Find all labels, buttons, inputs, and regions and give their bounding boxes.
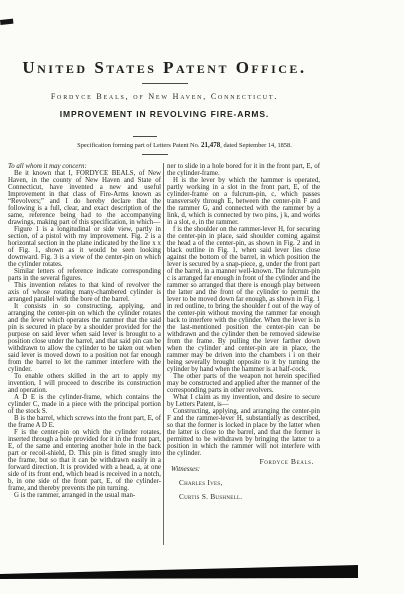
masthead-divider-rule [142,83,188,84]
patent-document-page: United States Patent Office. Fordyce Bea… [0,0,404,594]
paragraph: G is the rammer, arranged in the usual m… [8,492,161,499]
column-divider-rule [163,163,164,545]
spec-divider-rule-bottom [142,154,168,155]
paragraph: H is the lever by which the hammer is op… [167,177,320,226]
scan-artifact-corner-mark [0,19,13,25]
paragraph: B is the barrel, which screws into the f… [8,415,161,429]
inventor-byline: Fordyce Beals, of New Haven, Connecticut… [8,92,321,101]
paragraph: This invention relates to that kind of r… [8,282,161,303]
paragraph: To enable others skilled in the art to a… [8,373,161,394]
patent-number: 21,478 [201,141,220,149]
paragraph: A D E is the cylinder-frame, which conta… [8,394,161,415]
paragraph: Be it known that I, FORDYCE BEALS, of Ne… [8,170,161,226]
spec-divider-rule-top [133,136,157,137]
witness-name: Charles Ives, [167,480,320,487]
witness-names: Charles Ives,Curtis S. Bushnell. [167,480,320,501]
witness-name: Curtis S. Bushnell. [167,494,320,501]
paragraph: What I claim as my invention, and desire… [167,394,320,408]
spec-suffix: , dated September 14, 1858. [220,142,292,149]
invention-title: IMPROVEMENT IN REVOLVING FIRE-ARMS. [8,109,321,119]
right-column: ner to slide in a hole bored for it in t… [167,163,320,509]
page-title: United States Patent Office. [8,58,321,78]
paragraph: F is the center-pin on which the cylinde… [8,429,161,492]
paragraph: The other parts of the weapon not herein… [167,373,320,394]
paragraph: ner to slide in a hole bored for it in t… [167,163,320,177]
inventor-signature: Fordyce Beals. [167,458,320,466]
spec-prefix: Specification forming part of Letters Pa… [77,142,201,149]
paragraph: Constructing, applying, and arranging th… [167,408,320,457]
paragraph: Figure 1 is a longitudinal or side view,… [8,226,161,268]
left-column: To all whom it may concern:Be it known t… [8,163,161,499]
masthead: United States Patent Office. Fordyce Bea… [8,58,321,119]
paragraph: f is the shoulder on the rammer-lever H,… [167,226,320,373]
paragraph: To all whom it may concern: [8,163,161,170]
scan-artifact-bottom-bar [0,560,364,584]
paragraph: Similar letters of reference indicate co… [8,268,161,282]
specification-line: Specification forming part of Letters Pa… [28,141,341,149]
specification-block: Specification forming part of Letters Pa… [8,136,321,155]
right-column-paragraphs: ner to slide in a hole bored for it in t… [167,163,320,457]
paragraph: It consists in so constructing, applying… [8,303,161,373]
body-columns: To all whom it may concern:Be it known t… [8,163,321,545]
witnesses-label: Witnesses: [167,466,320,473]
